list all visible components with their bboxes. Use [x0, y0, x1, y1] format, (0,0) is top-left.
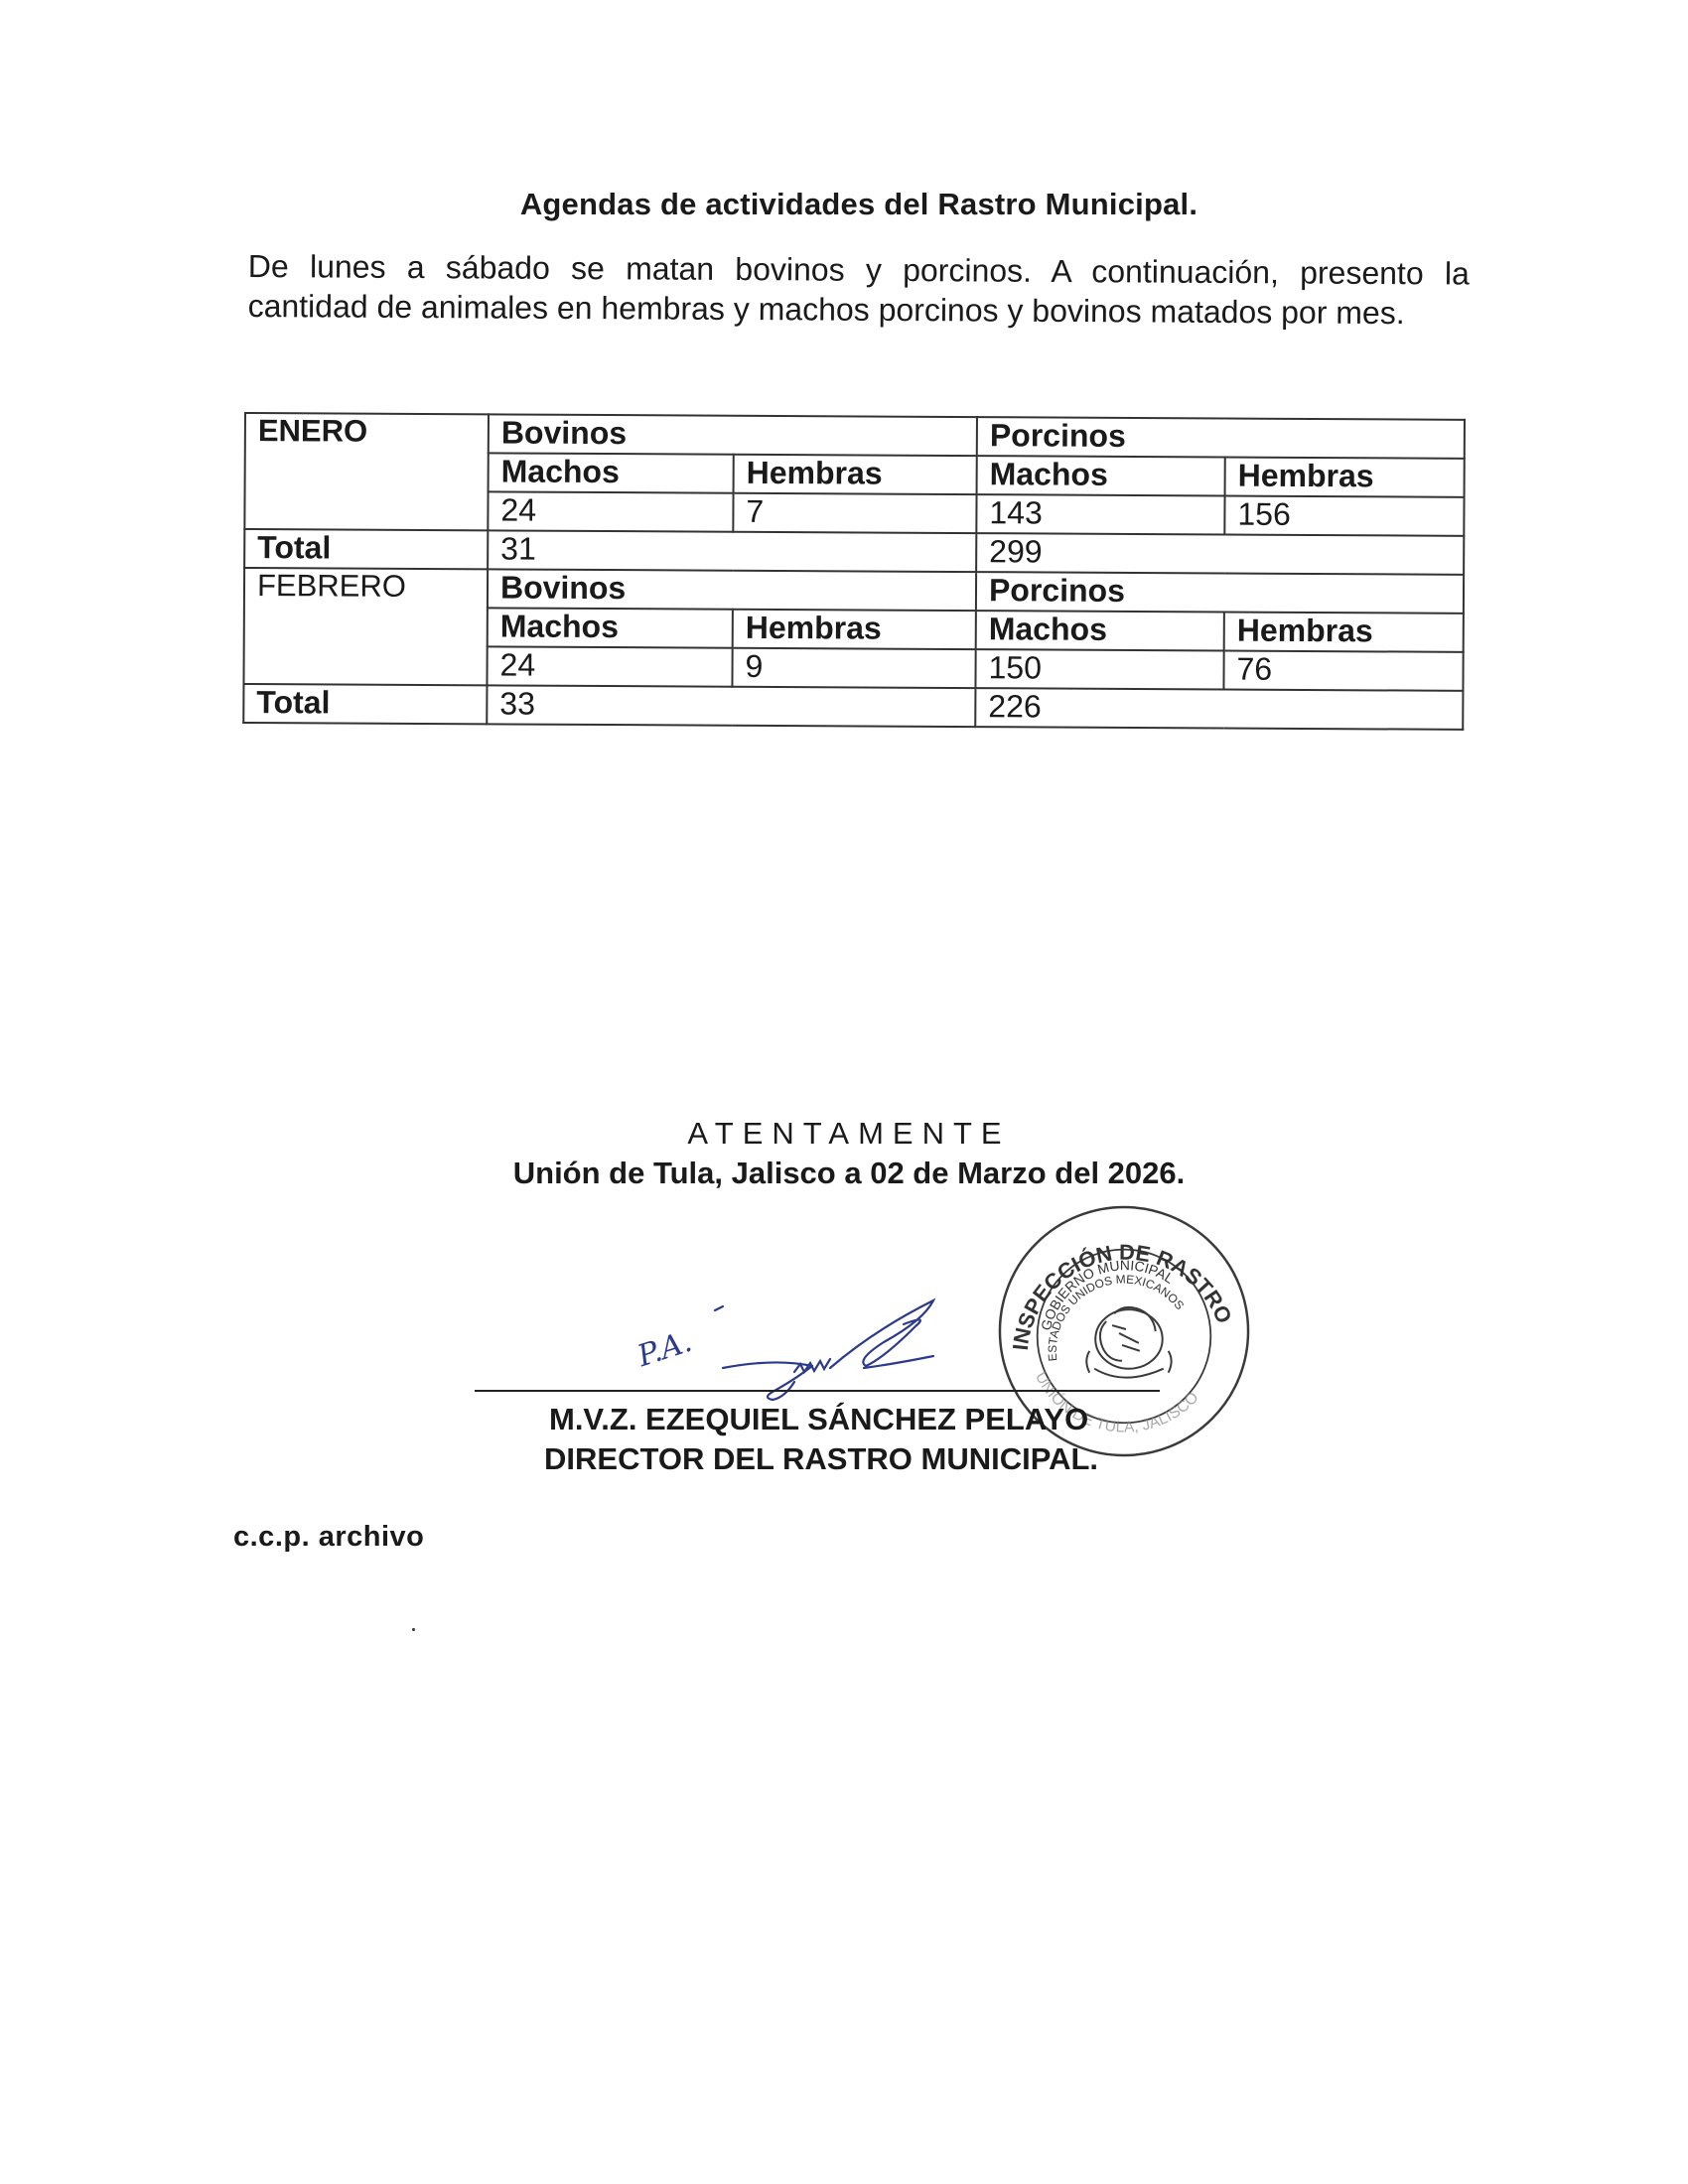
total-label: Total — [244, 529, 488, 569]
sub-machos: Machos — [489, 453, 734, 492]
document-title: Agendas de actividades del Rastro Munici… — [0, 187, 1688, 222]
sub-hembras: Hembras — [1224, 613, 1464, 652]
table-row: Total 33 226 — [243, 684, 1463, 730]
total-label: Total — [243, 684, 487, 724]
sub-machos: Machos — [488, 608, 733, 647]
porcinos-machos-value: 143 — [976, 494, 1224, 534]
closing-atentamente: ATENTAMENTE — [0, 1116, 1688, 1152]
intro-paragraph: De lunes a sábado se matan bovinos y por… — [248, 246, 1470, 334]
intro-line-1: De lunes a sábado se matan bovinos y por… — [248, 246, 1470, 294]
bovinos-machos-value: 24 — [488, 491, 733, 531]
porcinos-hembras-value: 156 — [1224, 496, 1464, 536]
porcinos-total-value: 226 — [975, 688, 1463, 730]
svg-text:P.A.: P.A. — [635, 1324, 696, 1375]
signer-role: DIRECTOR DEL RASTRO MUNICIPAL. — [544, 1441, 1098, 1477]
bovinos-total-value: 31 — [488, 530, 976, 572]
scan-speck — [412, 1628, 415, 1631]
sub-hembras: Hembras — [734, 455, 977, 494]
month-label-enero: ENERO — [244, 413, 489, 530]
intro-line-2: cantidad de animales en hembras y machos… — [248, 288, 1405, 331]
sub-hembras: Hembras — [733, 610, 976, 649]
table-row: ENERO Bovinos Porcinos — [245, 413, 1465, 459]
sub-machos: Machos — [976, 611, 1224, 650]
bovinos-hembras-value: 9 — [732, 648, 975, 688]
table-row: Total 31 299 — [244, 529, 1464, 575]
group-bovinos: Bovinos — [489, 414, 977, 456]
table-row: FEBRERO Bovinos Porcinos — [244, 568, 1464, 614]
sub-hembras: Hembras — [1225, 458, 1465, 497]
bovinos-machos-value: 24 — [487, 646, 732, 686]
place-date: Unión de Tula, Jalisco a 02 de Marzo del… — [0, 1156, 1688, 1191]
signature-line — [475, 1390, 1160, 1392]
group-bovinos: Bovinos — [488, 569, 976, 611]
carbon-copy-note: c.c.p. archivo — [233, 1521, 424, 1554]
bovinos-hembras-value: 7 — [733, 493, 976, 533]
signer-name: M.V.Z. EZEQUIEL SÁNCHEZ PELAYO — [549, 1402, 1088, 1437]
group-porcinos: Porcinos — [977, 417, 1465, 459]
slaughter-table: ENERO Bovinos Porcinos Machos Hembras Ma… — [242, 412, 1466, 731]
porcinos-hembras-value: 76 — [1223, 651, 1463, 691]
porcinos-total-value: 299 — [976, 533, 1464, 575]
group-porcinos: Porcinos — [976, 572, 1464, 614]
month-label-febrero: FEBRERO — [243, 568, 488, 685]
porcinos-machos-value: 150 — [975, 649, 1223, 689]
sub-machos: Machos — [977, 456, 1225, 495]
bovinos-total-value: 33 — [487, 685, 975, 727]
document-page: Agendas de actividades del Rastro Munici… — [0, 0, 1688, 2184]
